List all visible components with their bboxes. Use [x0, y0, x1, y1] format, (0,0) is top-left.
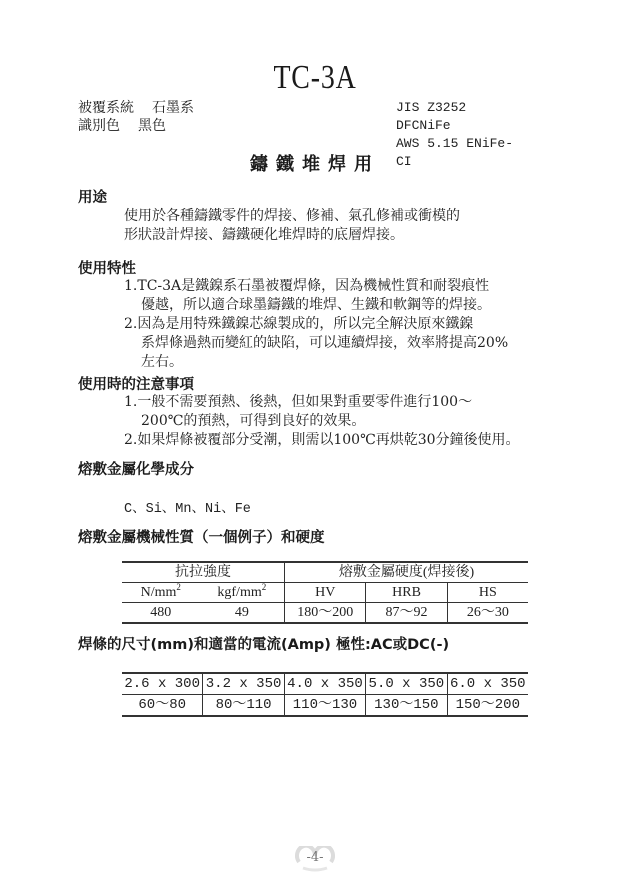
note-line: 200℃的預熱，可得到良好的效果。 — [124, 412, 544, 431]
group-hardness: 熔敷金屬硬度(焊接後) — [285, 562, 528, 583]
page-number: -4- — [295, 850, 335, 865]
mechanical-table: 抗拉強度 熔敷金屬硬度(焊接後) N/mm2 kgf/mm2 HV HRB HS… — [122, 561, 528, 624]
table-row: 60～80 80～110 110～130 130～150 150～200 — [122, 695, 528, 717]
feature-item-1: 1.TC-3A是鐵鎳系石墨被覆焊條，因為機械性質和耐裂痕性 — [124, 277, 544, 296]
sizes-heading: 焊條的尺寸(mm)和適當的電流(Amp) 極性:AC或DC(-) — [78, 636, 449, 654]
col-nmm: N/mm2 — [122, 583, 200, 603]
current-cell: 150～200 — [447, 695, 528, 717]
features-list: 1.TC-3A是鐵鎳系石墨被覆焊條，因為機械性質和耐裂痕性 優越，所以適合球墨鑄… — [124, 277, 544, 372]
usage-line: 使用於各種鑄鐵零件的焊接、修補、氣孔修補或衝模的 — [124, 207, 544, 226]
table-row: 2.6 x 300 3.2 x 350 4.0 x 350 5.0 x 350 … — [122, 673, 528, 695]
unit-sup: 2 — [262, 582, 267, 592]
coating-label: 被覆系統 — [78, 100, 134, 116]
size-cell: 2.6 x 300 — [122, 673, 203, 695]
coating-value: 石墨系 — [152, 100, 194, 116]
current-cell: 60～80 — [122, 695, 203, 717]
value-kgf: 49 — [200, 603, 285, 624]
mechanical-heading: 熔敷金屬機械性質（一個例子）和硬度 — [78, 529, 325, 547]
spec-jis: JIS Z3252 DFCNiFe — [396, 99, 528, 135]
group-tensile: 抗拉強度 — [122, 562, 285, 583]
feature-line: 優越，所以適合球墨鑄鐵的堆焊、生鐵和軟鋼等的焊接。 — [124, 296, 544, 315]
page-subtitle: 鑄鐵堆焊用 — [0, 153, 630, 177]
feature-num: 1. — [124, 278, 137, 294]
current-cell: 130～150 — [366, 695, 447, 717]
usage-heading: 用途 — [78, 189, 107, 207]
color-label: 識別色 — [78, 118, 120, 134]
size-cell: 3.2 x 350 — [203, 673, 284, 695]
color-row: 識別色黑色 — [78, 117, 194, 135]
value-hrb: 87～92 — [366, 603, 447, 624]
value-nmm: 480 — [122, 603, 200, 624]
col-hs: HS — [447, 583, 528, 603]
table-row: 480 49 180～200 87～92 26～30 — [122, 603, 528, 624]
notes-list: 1.一般不需要預熱、後熱，但如果對重要零件進行100～ 200℃的預熱，可得到良… — [124, 393, 544, 450]
sizes-table: 2.6 x 300 3.2 x 350 4.0 x 350 5.0 x 350 … — [122, 672, 528, 717]
note-num: 1. — [124, 394, 137, 410]
features-heading: 使用特性 — [78, 260, 136, 278]
unit-sup: 2 — [176, 582, 181, 592]
col-kgf: kgf/mm2 — [200, 583, 285, 603]
color-value: 黑色 — [138, 118, 166, 134]
col-nmm-label: N/mm — [141, 585, 177, 600]
product-meta: 被覆系統石墨系 識別色黑色 — [78, 99, 194, 135]
current-cell: 80～110 — [203, 695, 284, 717]
value-hv: 180～200 — [285, 603, 366, 624]
table-row: N/mm2 kgf/mm2 HV HRB HS — [122, 583, 528, 603]
table-row: 抗拉強度 熔敷金屬硬度(焊接後) — [122, 562, 528, 583]
size-cell: 4.0 x 350 — [284, 673, 365, 695]
note-item-2: 2.如果焊條被覆部分受潮，則需以100℃再烘乾30分鐘後使用。 — [124, 431, 544, 450]
notes-heading: 使用時的注意事項 — [78, 376, 194, 394]
feature-item-2: 2.因為是用特殊鐵鎳芯線製成的，所以完全解決原來鐵鎳 — [124, 315, 544, 334]
feature-line: 因為是用特殊鐵鎳芯線製成的，所以完全解決原來鐵鎳 — [137, 316, 473, 332]
col-hrb: HRB — [366, 583, 447, 603]
coating-row: 被覆系統石墨系 — [78, 99, 194, 117]
size-cell: 5.0 x 350 — [366, 673, 447, 695]
chemistry-elements: C、Si、Mn、Ni、Fe — [124, 496, 251, 517]
usage-text: 使用於各種鑄鐵零件的焊接、修補、氣孔修補或衝模的 形狀設計焊接、鑄鐵硬化堆焊時的… — [124, 207, 544, 245]
chemistry-heading: 熔敷金屬化學成分 — [78, 461, 194, 479]
feature-line: TC-3A是鐵鎳系石墨被覆焊條，因為機械性質和耐裂痕性 — [137, 278, 489, 294]
col-hv: HV — [285, 583, 366, 603]
note-item-1: 1.一般不需要預熱、後熱，但如果對重要零件進行100～ — [124, 393, 544, 412]
note-line: 如果焊條被覆部分受潮，則需以100℃再烘乾30分鐘後使用。 — [137, 432, 519, 448]
note-num: 2. — [124, 432, 137, 448]
usage-line: 形狀設計焊接、鑄鐵硬化堆焊時的底層焊接。 — [124, 226, 544, 245]
current-cell: 110～130 — [284, 695, 365, 717]
feature-num: 2. — [124, 316, 137, 332]
value-hs: 26～30 — [447, 603, 528, 624]
page-footer: -4- — [295, 846, 335, 872]
product-title: TC-3A — [57, 58, 574, 98]
note-line: 一般不需要預熱、後熱，但如果對重要零件進行100～ — [137, 394, 472, 410]
feature-line: 系焊條過熱而變紅的缺陷，可以連續焊接，效率將提高20% — [124, 334, 544, 353]
size-cell: 6.0 x 350 — [447, 673, 528, 695]
feature-line: 左右。 — [124, 353, 544, 372]
col-kgf-label: kgf/mm — [217, 585, 261, 600]
